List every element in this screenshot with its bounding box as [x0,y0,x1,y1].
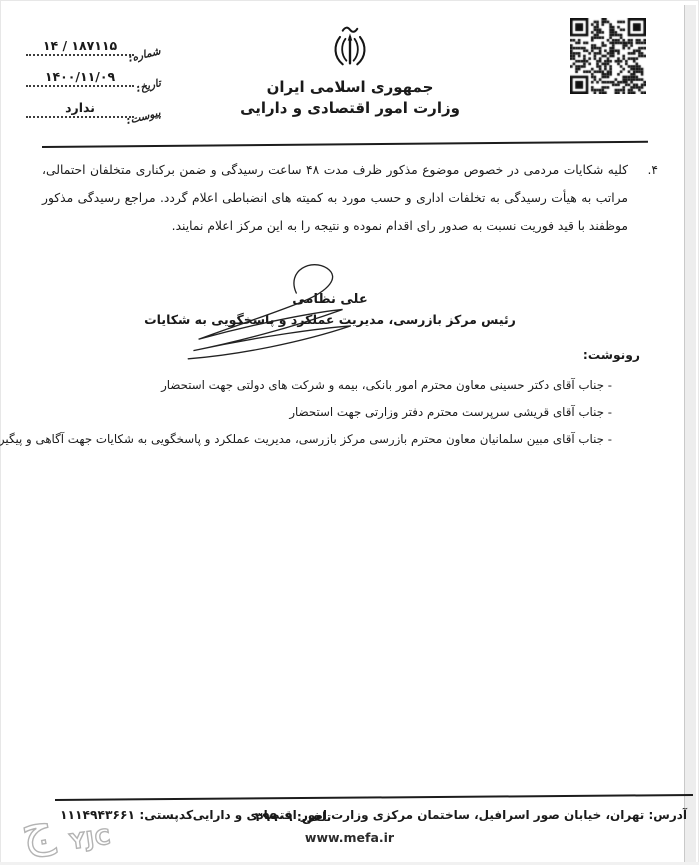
date-label: تاریخ: [135,77,162,95]
footer-phone: تلفن: ۳۹۹۰۹ [255,810,331,824]
footer-divider [55,794,693,801]
ministry-title: وزارت امور اقتصادی و دارایی [234,99,466,117]
phone-label: تلفن: [297,810,331,824]
scan-edge-right [684,5,696,862]
country-title: جمهوری اسلامی ایران [234,78,466,96]
footer-website: www.mefa.ir [292,830,407,845]
dotted-line [26,85,134,87]
postal-label: کدپستی: [139,808,193,822]
cc-item: - جناب آقای دکتر حسینی معاون محترم امور … [161,378,612,392]
qr-code [570,18,646,94]
dotted-line [26,116,134,118]
letter-reference-fields: ۱۴ / ۱۸۷۱۱۵ شماره: ۱۴۰۰/۱۱/۰۹ تاریخ: ندا… [22,38,134,131]
jim-glyph: ج [16,797,59,860]
field-number: ۱۴ / ۱۸۷۱۱۵ شماره: [26,38,134,56]
attachment-value: ندارد [26,100,134,115]
letterhead: جمهوری اسلامی ایران وزارت امور اقتصادی و… [234,22,466,117]
field-attachment: ندارد پیوست: [26,100,134,118]
body-paragraph: کلیه شکایات مردمی در خصوص موضوع مذکور ظر… [42,156,628,240]
handwritten-signature [178,262,358,360]
cc-item: - جناب آقای مبین سلمانیان معاون محترم با… [0,432,612,446]
number-value: ۱۴ / ۱۸۷۱۱۵ [26,38,134,53]
yjc-watermark-logo: ج YJC [8,796,138,862]
iran-emblem-icon [330,22,370,72]
dotted-line [26,54,134,56]
cc-item: - جناب آقای قریشی سرپرست محترم دفتر وزار… [289,405,612,419]
document-page: ۱۴ / ۱۸۷۱۱۵ شماره: ۱۴۰۰/۱۱/۰۹ تاریخ: ندا… [0,0,699,865]
phone-value: ۳۹۹۰۹ [255,810,293,824]
item-number: ۴. [628,156,658,240]
body-section: ۴. کلیه شکایات مردمی در خصوص موضوع مذکور… [42,156,658,240]
date-value: ۱۴۰۰/۱۱/۰۹ [26,69,134,84]
field-date: ۱۴۰۰/۱۱/۰۹ تاریخ: [26,69,134,87]
header-divider [42,141,648,148]
cc-label: رونوشت: [583,348,640,362]
yjc-text: YJC [67,825,112,855]
